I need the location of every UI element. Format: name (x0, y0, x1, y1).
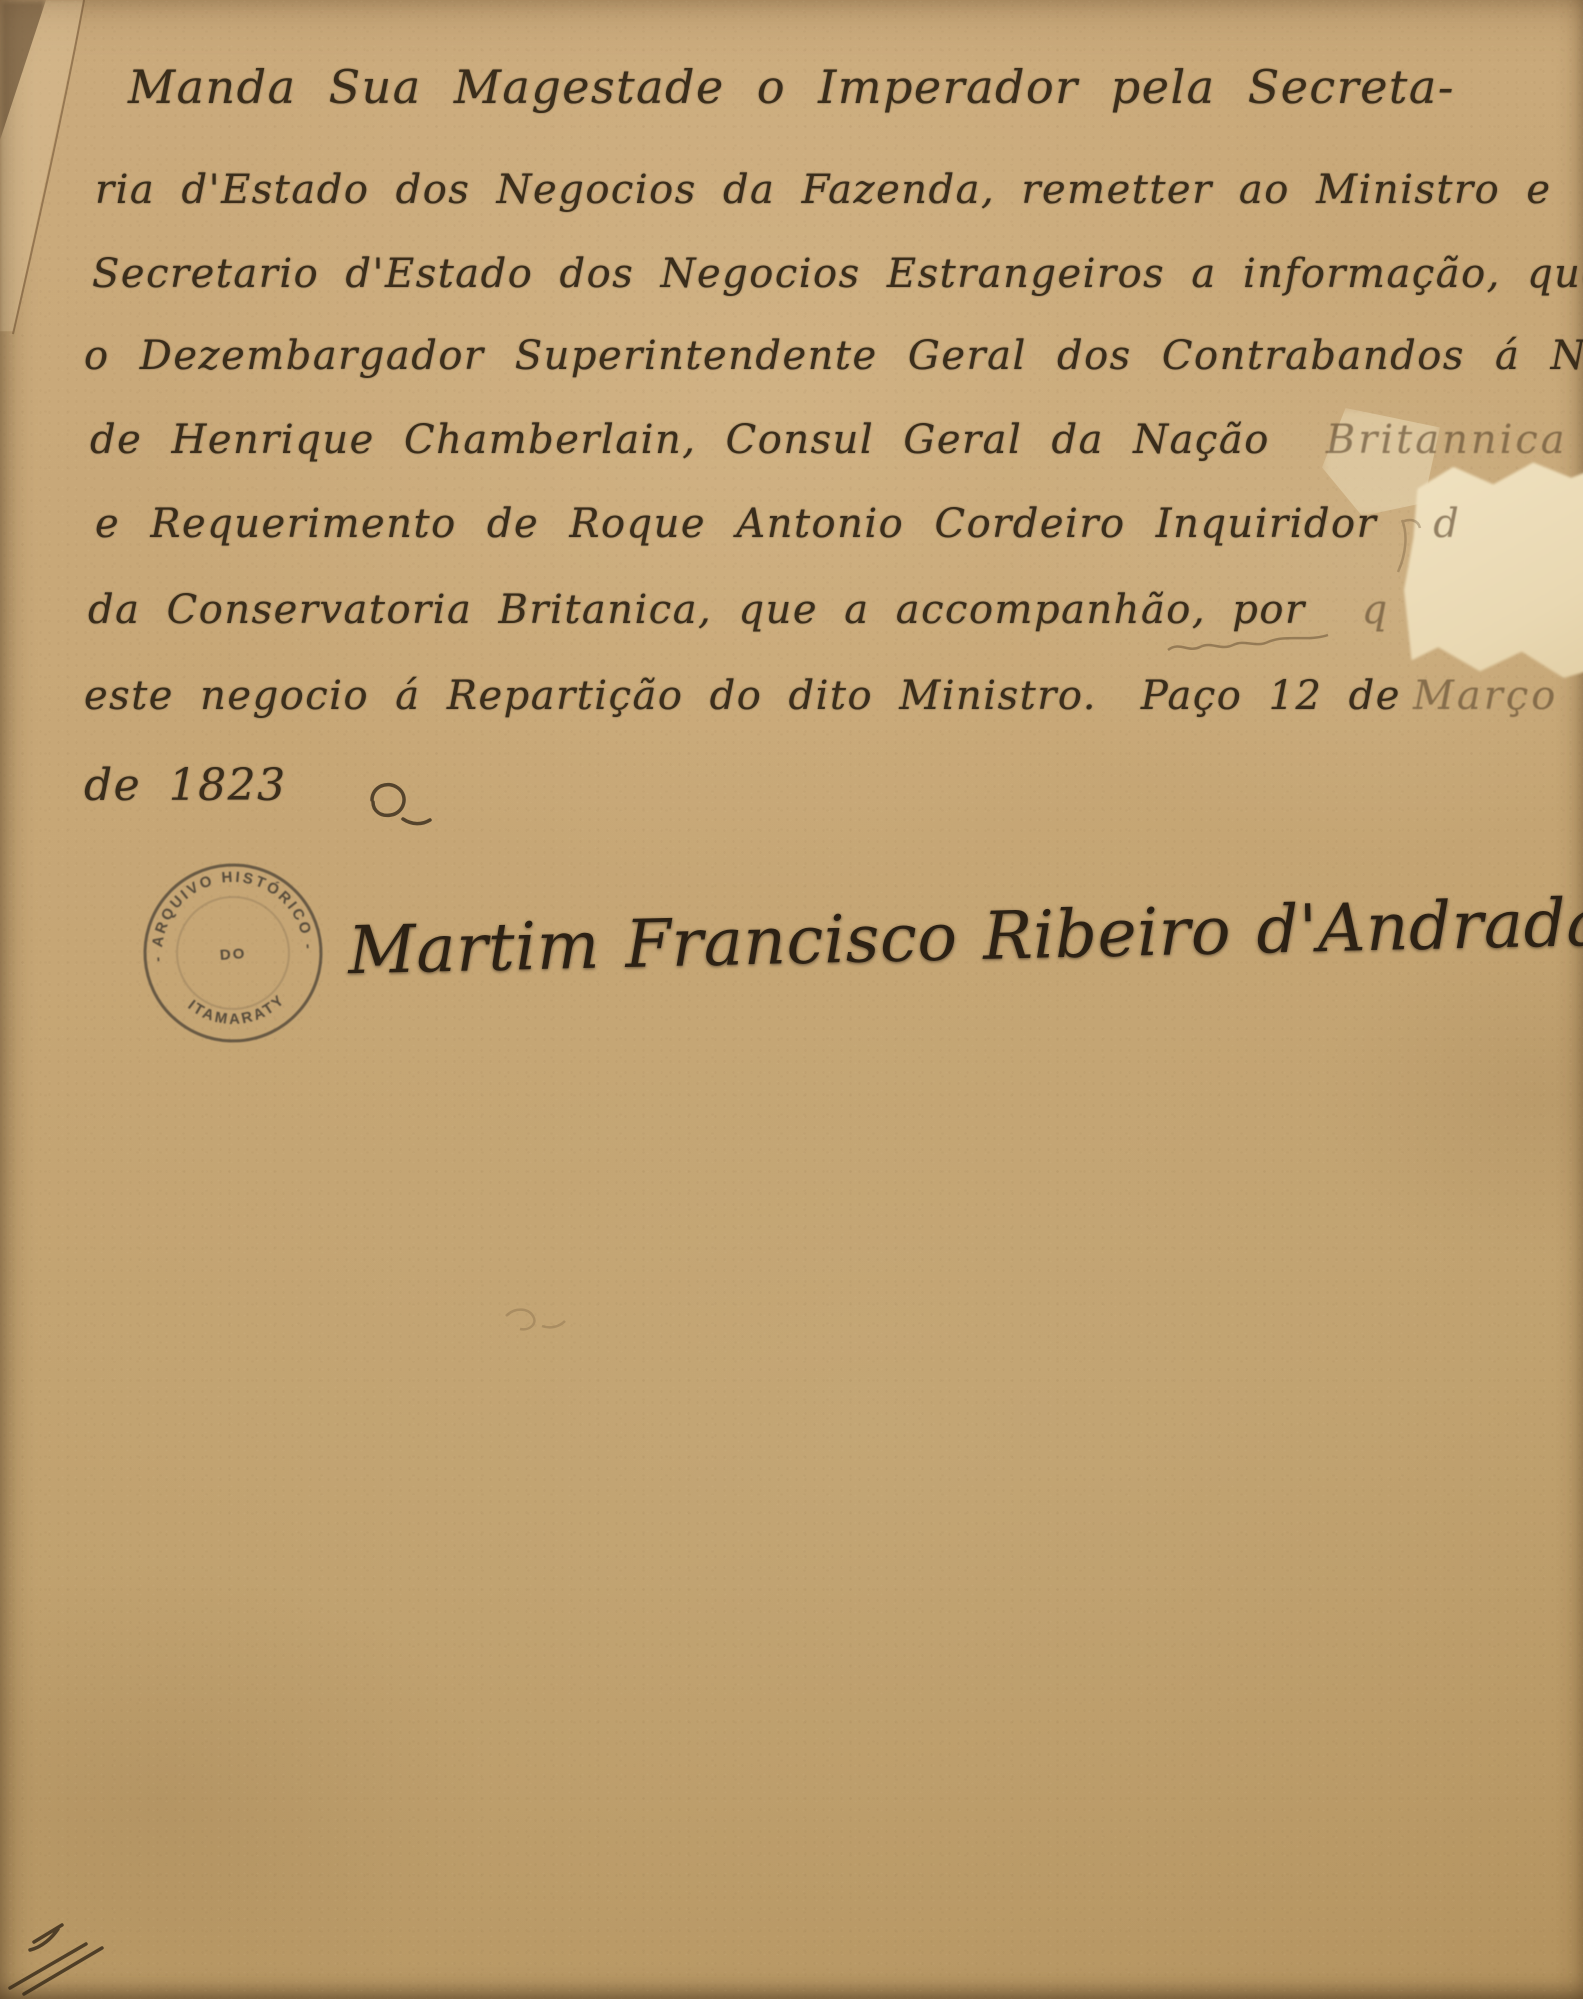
line-faded-text: Britannica (1326, 417, 1568, 463)
archive-stamp: - ARQUIVO HISTÓRICO - ITAMARATY DO (126, 846, 339, 1059)
line-faded-text: d (1433, 501, 1462, 547)
manuscript-line-1: Manda Sua Magestade o Imperador pela Sec… (128, 62, 1511, 113)
manuscript-line-3: Secretario d'Estado dos Negocios Estrang… (92, 252, 1583, 296)
manuscript-line-4: o Dezembargador Superintendente Geral do… (84, 334, 1583, 378)
line-text: e Requerimento de Roque Antonio Cordeiro… (95, 501, 1377, 547)
line-text: Manda Sua Magestade o Imperador pela Sec… (128, 60, 1455, 114)
line-text: da Conservatoria Britanica, que a accomp… (88, 587, 1306, 633)
line-text: ria d'Estado dos Negocios da Fazenda, re… (95, 167, 1552, 213)
line-text-2: Paço 12 de (1141, 673, 1401, 719)
line-faded-text: Março (1413, 673, 1558, 719)
line-text: de Henrique Chamberlain, Consul Geral da… (90, 417, 1270, 463)
manuscript-line-9: de 1823 (84, 762, 343, 810)
manuscript-line-2: ria d'Estado dos Negocios da Fazenda, re… (95, 168, 1583, 212)
line-text: o Dezembargador Superintendente Geral do… (84, 333, 1583, 379)
line-text: de 1823 (84, 760, 287, 811)
line-text: Secretario d'Estado dos Negocios Estrang… (92, 251, 1583, 297)
manuscript-line-8: este negocio á Repartição do dito Minist… (84, 674, 1558, 718)
line-text: este negocio á Repartição do dito Minist… (84, 673, 1097, 719)
stamp-bottom-text: ITAMARATY (184, 990, 291, 1031)
manuscript-line-7: da Conservatoria Britanica, que a accomp… (88, 588, 1390, 632)
stamp-center-text: DO (219, 945, 247, 964)
manuscript-line-5: de Henrique Chamberlain, Consul Geral da… (90, 418, 1568, 462)
manuscript-page: Manda Sua Magestade o Imperador pela Sec… (0, 0, 1583, 1999)
svg-text:ITAMARATY: ITAMARATY (184, 990, 291, 1031)
line-faded-text: q (1362, 587, 1391, 633)
manuscript-line-6: e Requerimento de Roque Antonio Cordeiro… (95, 502, 1462, 546)
